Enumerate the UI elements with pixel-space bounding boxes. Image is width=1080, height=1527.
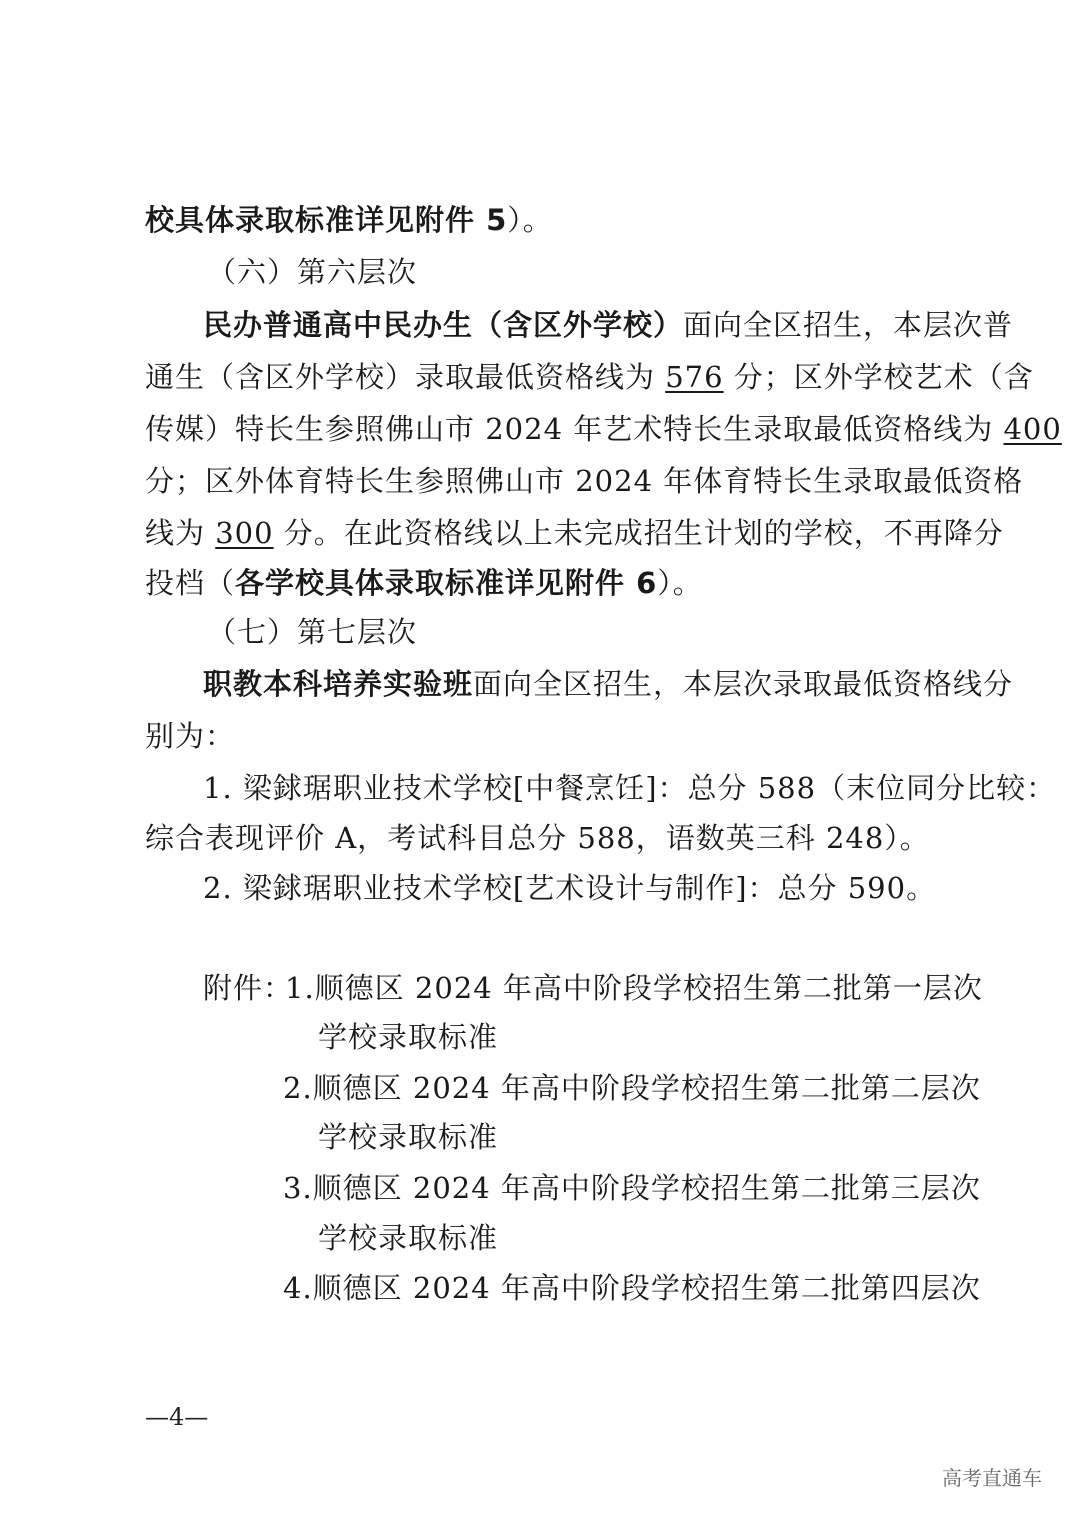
section-heading-7: （七）第七层次 xyxy=(207,612,417,652)
paragraph-line: 别为： xyxy=(145,716,235,756)
num: 1. xyxy=(285,971,315,1005)
num: 4. xyxy=(283,1271,313,1305)
attachment-item-cont: 学校录取标准 xyxy=(318,1117,498,1157)
num: 2. xyxy=(283,1071,313,1105)
attachment-item: 2.顺德区 2024 年高中阶段学校招生第二批第二层次 xyxy=(283,1068,981,1108)
bold-text: 校具体录取标准详见附件 5 xyxy=(145,203,507,237)
text: 顺德区 2024 年高中阶段学校招生第二批第二层次 xyxy=(313,1071,981,1105)
attachment-item: 3.顺德区 2024 年高中阶段学校招生第二批第三层次 xyxy=(283,1168,981,1208)
text: ）。 xyxy=(657,566,703,600)
paragraph-line: 分；区外体育特长生参照佛山市 2024 年体育特长生录取最低资格 xyxy=(145,461,1023,501)
paragraph-line: 线为 300 分。在此资格线以上未完成招生计划的学校，不再降分 xyxy=(145,513,1004,553)
text: 顺德区 2024 年高中阶段学校招生第二批第一层次 xyxy=(315,971,983,1005)
bold-text: 职教本科培养实验班 xyxy=(203,667,473,701)
attachment-item-cont: 学校录取标准 xyxy=(318,1218,498,1258)
attachment-item-cont: 学校录取标准 xyxy=(318,1017,498,1057)
text: 传媒）特长生参照佛山市 2024 年艺术特长生录取最低资格线为 xyxy=(145,412,1003,446)
paragraph-line: 民办普通高中民办生（含区外学校）面向全区招生，本层次普 xyxy=(203,305,1013,345)
paragraph-line: 通生（含区外学校）录取最低资格线为 576 分；区外学校艺术（含 xyxy=(145,357,1034,397)
paragraph-line: 投档（各学校具体录取标准详见附件 6）。 xyxy=(145,563,703,603)
list-item: 1. 梁銶琚职业技术学校[中餐烹饪]：总分 588（末位同分比较： xyxy=(203,768,1056,808)
text: 投档（ xyxy=(145,566,235,600)
bold-text: 民办普通高中民办生（含区外学校） xyxy=(203,308,683,342)
paragraph-line: 校具体录取标准详见附件 5）。 xyxy=(145,200,553,240)
bold-text: 各学校具体录取标准详见附件 6 xyxy=(235,566,657,600)
attachments-label: 附件： xyxy=(203,968,293,1008)
page-number: —4— xyxy=(145,1403,208,1431)
paragraph-line: 传媒）特长生参照佛山市 2024 年艺术特长生录取最低资格线为 400 xyxy=(145,409,1062,449)
text: 通生（含区外学校）录取最低资格线为 xyxy=(145,360,665,394)
score-576: 576 xyxy=(665,360,723,394)
text: 面向全区招生，本层次普 xyxy=(683,308,1013,342)
text: ）。 xyxy=(507,203,553,237)
text: 分；区外学校艺术（含 xyxy=(724,360,1034,394)
text: 线为 xyxy=(145,516,215,550)
paragraph-line: 职教本科培养实验班面向全区招生，本层次录取最低资格线分 xyxy=(203,664,1013,704)
list-item: 2. 梁銶琚职业技术学校[艺术设计与制作]：总分 590。 xyxy=(203,868,936,908)
num: 3. xyxy=(283,1171,313,1205)
text: 分。在此资格线以上未完成招生计划的学校，不再降分 xyxy=(274,516,1004,550)
text: 顺德区 2024 年高中阶段学校招生第二批第三层次 xyxy=(313,1171,981,1205)
section-heading-6: （六）第六层次 xyxy=(207,252,417,292)
paragraph-line: 综合表现评价 A，考试科目总分 588，语数英三科 248）。 xyxy=(145,818,930,858)
watermark: 高考直通车 xyxy=(942,1462,1042,1491)
score-400: 400 xyxy=(1003,412,1061,446)
text: 面向全区招生，本层次录取最低资格线分 xyxy=(473,667,1013,701)
text: 顺德区 2024 年高中阶段学校招生第二批第四层次 xyxy=(313,1271,981,1305)
attachment-item: 1.顺德区 2024 年高中阶段学校招生第二批第一层次 xyxy=(285,968,983,1008)
attachment-item: 4.顺德区 2024 年高中阶段学校招生第二批第四层次 xyxy=(283,1268,981,1308)
score-300: 300 xyxy=(215,516,273,550)
